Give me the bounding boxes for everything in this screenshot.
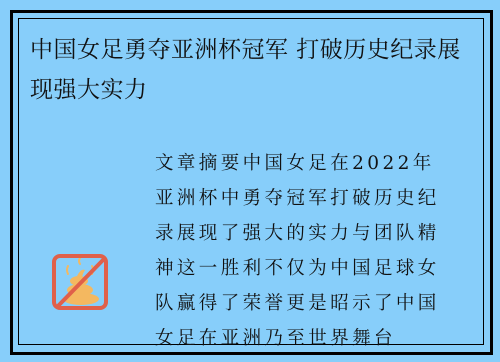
article-title: 中国女足勇夺亚洲杯冠军 打破历史纪录展现强大实力: [30, 30, 475, 110]
no-poop-icon: [50, 252, 110, 312]
article-summary: 文章摘要中国女足在2022年亚洲杯中勇夺冠军打破历史纪录展现了强大的实力与团队精…: [155, 146, 455, 356]
